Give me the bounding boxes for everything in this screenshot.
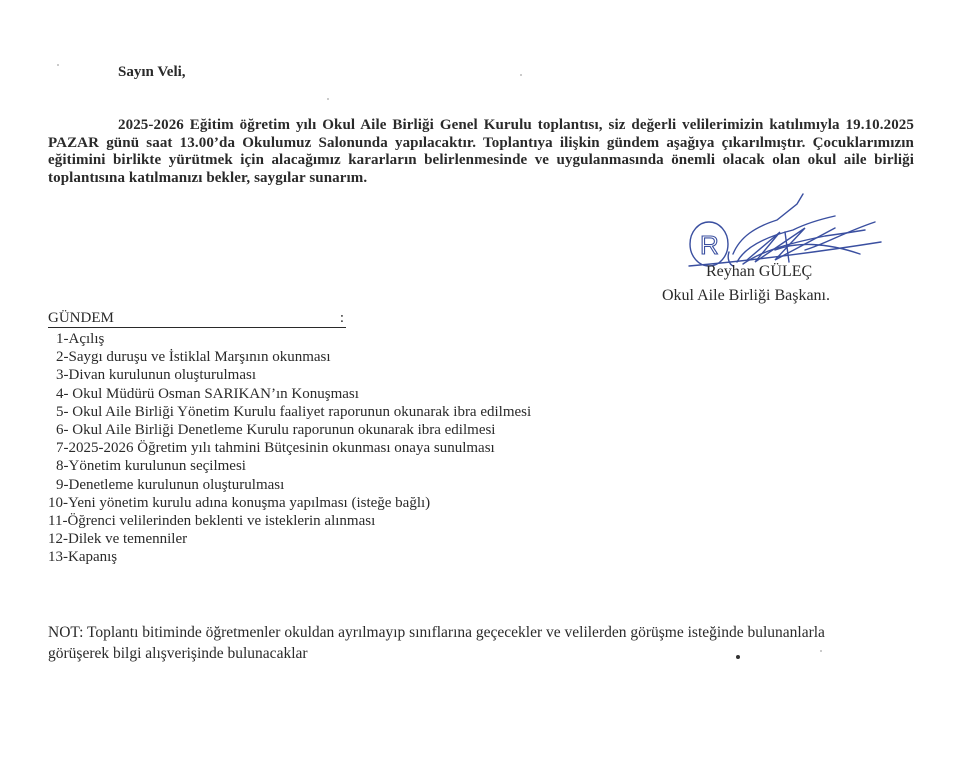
scan-speck xyxy=(520,74,522,76)
agenda-heading-text: GÜNDEM xyxy=(48,310,114,326)
scan-speck xyxy=(820,650,822,652)
intro-paragraph: 2025-2026 Eğitim öğretim yılı Okul Aile … xyxy=(48,117,914,187)
scan-speck xyxy=(327,98,329,100)
agenda-item: 12-Dilek ve temenniler xyxy=(48,530,531,548)
agenda-heading: GÜNDEM : xyxy=(48,310,346,328)
document-page: Sayın Veli, 2025-2026 Eğitim öğretim yıl… xyxy=(0,0,974,768)
agenda-item: 5- Okul Aile Birliği Yönetim Kurulu faal… xyxy=(48,403,531,421)
agenda-item: 4- Okul Müdürü Osman SARIKAN’ın Konuşmas… xyxy=(48,385,531,403)
agenda-heading-colon: : xyxy=(340,310,344,327)
agenda-item: 10-Yeni yönetim kurulu adına konuşma yap… xyxy=(48,494,531,512)
agenda-list: 1-Açılış 2-Saygı duruşu ve İstiklal Marş… xyxy=(48,330,531,567)
note-paragraph: NOT: Toplantı bitiminde öğretmenler okul… xyxy=(48,622,888,664)
agenda-item: 8-Yönetim kurulunun seçilmesi xyxy=(48,457,531,475)
scan-speck xyxy=(57,64,59,66)
signer-name: Reyhan GÜLEÇ xyxy=(706,263,812,281)
agenda-item: 3-Divan kurulunun oluşturulması xyxy=(48,366,531,384)
intro-text: 2025-2026 Eğitim öğretim yılı Okul Aile … xyxy=(48,117,914,187)
agenda-item: 9-Denetleme kurulunun oluşturulması xyxy=(48,476,531,494)
agenda-item: 11-Öğrenci velilerinden beklenti ve iste… xyxy=(48,512,531,530)
agenda-item: 2-Saygı duruşu ve İstiklal Marşının okun… xyxy=(48,348,531,366)
signature-initial: R xyxy=(700,230,719,260)
agenda-item: 7-2025-2026 Öğretim yılı tahmini Bütçesi… xyxy=(48,439,531,457)
agenda-item: 1-Açılış xyxy=(48,330,531,348)
agenda-item: 6- Okul Aile Birliği Denetleme Kurulu ra… xyxy=(48,421,531,439)
greeting: Sayın Veli, xyxy=(118,64,186,81)
signer-title: Okul Aile Birliği Başkanı. xyxy=(662,287,830,305)
agenda-item: 13-Kapanış xyxy=(48,548,531,566)
scan-speck xyxy=(736,655,740,659)
